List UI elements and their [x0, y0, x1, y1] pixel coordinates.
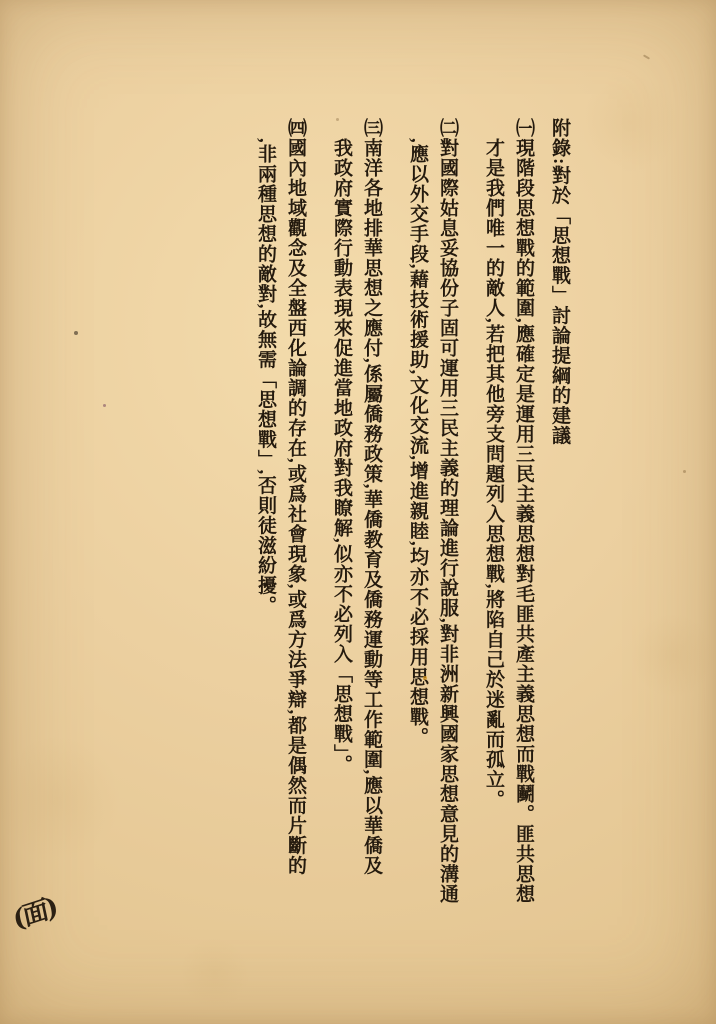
item-4-line-2: ,非兩種思想的敵對,故無需「思想戰」,否則徒滋紛擾。	[250, 118, 280, 934]
document-title: 附錄:對於「思想戰」討論提綱的建議	[542, 118, 576, 934]
handwritten-page-mark: (面)	[9, 886, 59, 936]
item-1-line-2: 才是我們唯一的敵人,若把其他旁支問題列入思想戰,將陷自己於迷亂而孤立。	[478, 118, 508, 934]
list-item-1: ㈠現階段思想戰的範圍,應確定是運用三民主義思想對毛匪共產主義思想而戰鬭。匪共思想…	[478, 118, 538, 934]
item-2-line-2: ,應以外交手段,藉技術援助,文化交流,增進親睦,均亦不必採用思想戰。	[402, 118, 432, 934]
paper-speck	[683, 470, 686, 473]
list-item-2: ㈡對國際姑息妥協份子固可運用三民主義的理論進行說服,對非洲新興國家思想意見的溝通…	[402, 118, 462, 934]
list-item-4: ㈣國內地域觀念及全盤西化論調的存在,或爲社會現象,或爲方法爭辯,都是偶然而片斷的…	[250, 118, 310, 934]
item-4-line-1: ㈣國內地域觀念及全盤西化論調的存在,或爲社會現象,或爲方法爭辯,都是偶然而片斷的	[280, 118, 310, 934]
paper-speck	[74, 331, 78, 335]
paper-fiber	[643, 54, 650, 59]
item-3-line-2: 我政府實際行動表現來促進當地政府對我瞭解,似亦不必列入「思想戰」。	[326, 118, 356, 934]
item-3-line-1: ㈢南洋各地排華思想之應付,係屬僑務政策,華僑教育及僑務運動等工作範圍,應以華僑及	[356, 118, 386, 934]
scanned-document-page: 附錄:對於「思想戰」討論提綱的建議 ㈠現階段思想戰的範圍,應確定是運用三民主義思…	[0, 0, 716, 1024]
vertical-text-block: 附錄:對於「思想戰」討論提綱的建議 ㈠現階段思想戰的範圍,應確定是運用三民主義思…	[250, 118, 576, 934]
list-item-3: ㈢南洋各地排華思想之應付,係屬僑務政策,華僑教育及僑務運動等工作範圍,應以華僑及…	[326, 118, 386, 934]
item-2-line-1: ㈡對國際姑息妥協份子固可運用三民主義的理論進行說服,對非洲新興國家思想意見的溝通	[432, 118, 462, 934]
item-1-line-1: ㈠現階段思想戰的範圍,應確定是運用三民主義思想對毛匪共產主義思想而戰鬭。匪共思想	[508, 118, 538, 934]
paper-speck	[103, 404, 106, 407]
